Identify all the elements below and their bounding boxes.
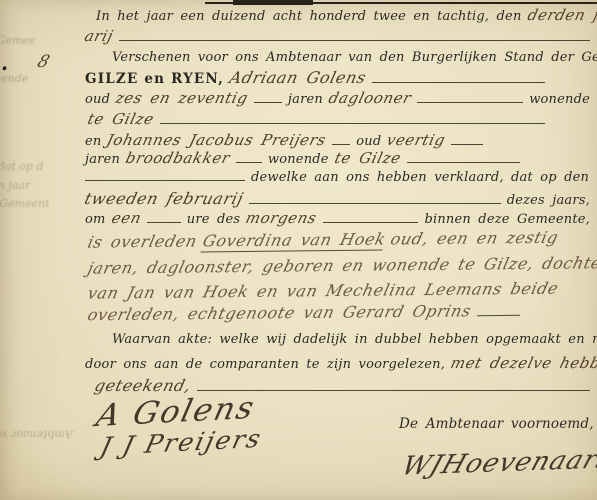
fill-line [323,222,419,223]
declarant1-residence: te Gilze [86,110,156,128]
declarant2-residence: te Gilze [332,149,402,167]
declarant2-age: veertig [385,131,448,149]
deceased-line-2: jaren, dagloonster, geboren en wonende t… [88,253,588,277]
declarant1-name: Adriaan Golens [228,68,369,87]
appearance-intro-line: Verschenen voor ons Ambtenaar van den Bu… [112,50,590,65]
top-border-thick [233,0,313,5]
printed-en: en [85,134,101,149]
fill-dash [332,144,350,145]
bleedthrough-fragment: aart, dat op d [0,160,44,173]
declaration-intro-line: dewelke aan ons hebben verklaard, dat op… [85,170,590,185]
deceased-line-4: overleden, echtgenoote van Gerard Oprins [88,301,520,325]
handwritten-death-date: tweeden februarij [83,189,246,208]
closing-line-1: Waarvan akte: welke wij dadelijk in dubb… [112,332,590,347]
declarant2-residence-line: jaren broodbakker wonende te Gilze [85,149,520,167]
opening-line-2: arij [85,27,590,45]
fill-dash [254,102,282,103]
death-certificate-scan: №. 8 d den Gemee wonende aart, dat op d … [0,0,597,500]
printed-year-text: In het jaar een duizend acht honderd twe… [96,9,522,24]
printed-om: om [85,212,106,227]
closing-line-2: door ons aan de comparanten te zijn voor… [85,354,590,372]
printed-oud: oud [356,134,381,149]
printed-voorgelezen: door ons aan de comparanten te zijn voor… [85,357,445,372]
declarant2-name-line: en Johannes Jacobus Preijers oud veertig [85,131,483,149]
fill-line [417,102,523,103]
printed-wonende: wonende [268,152,329,167]
deceased-line-1: is overleden Goverdina van Hoek oud, een… [88,227,588,253]
fill-line [160,123,545,124]
fill-line [451,144,483,145]
handwritten-daypart: morgens [244,209,319,227]
deceased-age: oud, een en zestig [389,228,561,249]
bleedthrough-fragment: d den Gemee [0,34,35,47]
fill-line [477,315,520,316]
bleedthrough-fragment: deze Gemeent [0,197,50,210]
fill-line [407,162,520,163]
handwritten-hour: een [109,209,143,227]
handwritten-is-overleden: is overleden [86,231,200,251]
bleedthrough-fragment: dezen jaar [0,179,30,192]
fill-line [372,82,545,83]
death-hour-line: om een ure des morgens binnen deze Gemee… [85,209,590,227]
municipality-name: GILZE en RYEN, [85,71,224,87]
handwritten-act-date-2: arij [83,27,115,45]
declarant1-age: zes en zeventig [114,89,250,107]
printed-intro-text: Verschenen voor ons Ambtenaar van den Bu… [112,50,597,65]
fill-line [249,203,500,204]
printed-oud: oud [85,92,110,107]
printed-binnen: binnen deze Gemeente, [424,212,590,227]
fill-dash [147,222,181,223]
declarant1-age-line: oud zes en zeventig jaren daglooner wone… [85,89,590,107]
handwritten-met-dezelve: met dezelve hebben [449,354,597,372]
bleedthrough-fragment: wonende [0,72,28,85]
printed-jaren: jaren [85,152,120,167]
closing-line-3: geteekend, [95,376,590,395]
printed-ambtenaar-voornoemd: De Ambtenaar voornoemd, [399,416,594,432]
opening-line-1: In het jaar een duizend acht honderd twe… [96,6,590,24]
deceased-details: jaren, dagloonster, geboren en wonende t… [86,253,597,278]
declarant1-name-line: GILZE en RYEN, Adriaan Golens [85,68,545,87]
deceased-line-3: van Jan van Hoek en van Mechelina Leeman… [88,278,588,302]
declarant2-occupation: broodbakker [124,149,232,167]
declarant2-name: Johannes Jacobus Preijers [105,131,328,149]
printed-dezes-jaars: dezes jaars, [507,193,590,208]
printed-waarvan-akte: Waarvan akte: welke wij dadelijk in dubb… [112,332,597,347]
handwritten-geteekend: geteekend, [93,376,194,395]
fill-line [119,40,590,41]
deceased-parents: van Jan van Hoek en van Mechelina Leeman… [86,279,561,303]
printed-jaren: jaren [288,92,323,107]
bleedthrough-fragment-mirrored: Ambtenaar voornoemd [0,428,73,441]
signature-official: WJHoevenaars [398,444,597,481]
act-number-handwritten: 8 [35,52,52,72]
printed-ure-des: ure des [187,212,241,227]
death-date-line: tweeden februarij dezes jaars, [85,189,590,208]
official-title-line: De Ambtenaar voornoemd, [399,416,589,432]
deceased-name: Goverdina van Hoek [201,229,388,252]
deceased-spouse: overleden, echtgenoote van Gerard Oprins [86,301,474,324]
printed-dewelke: dewelke aan ons hebben verklaard, dat op… [251,170,589,185]
printed-wonende: wonende [529,92,590,107]
fill-dash [236,162,262,163]
handwritten-act-date-1: derden febru- [525,6,597,24]
fill-dash [85,180,245,181]
declarant1-residence-line: te Gilze [88,110,545,128]
declarant1-occupation: daglooner [327,89,414,107]
